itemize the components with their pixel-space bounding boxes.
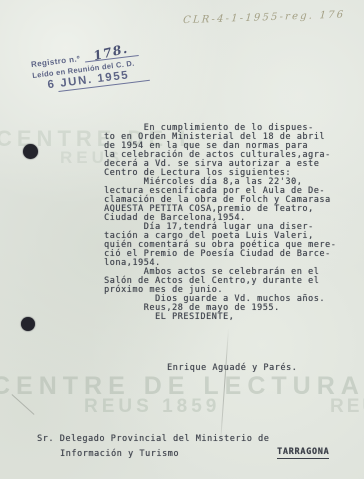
scanned-letter-page: CENTRE DE L REUS CENTRE DE LECTURA CENTR… xyxy=(0,0,364,479)
recipient-address-line1: Sr. Delegado Provincial del Ministerio d… xyxy=(37,434,269,444)
recipient-address-line2: Información y Turismo xyxy=(60,449,179,459)
archive-reference-note: CLR-4-1-1955-reg. 176 xyxy=(183,9,362,26)
letter-body: En cumplimiento de lo dispues- to en Ord… xyxy=(104,124,344,322)
watermark-text: REUS 1859 xyxy=(84,396,220,418)
fold-crease-vertical xyxy=(220,328,229,444)
city-label: TARRAGONA xyxy=(277,447,329,459)
punch-hole-top xyxy=(23,144,38,159)
registry-number: 178. xyxy=(92,44,129,62)
punch-hole-bottom xyxy=(21,317,35,331)
watermark-text: CENTRE DE LECTURA CENTRE I xyxy=(0,372,364,401)
watermark-text: REU xyxy=(330,396,364,418)
body-line: EL PRESIDENTE, xyxy=(104,313,344,322)
signature-name: Enrique Aguadé y Parés. xyxy=(167,363,297,373)
fold-crease-diagonal xyxy=(12,394,35,415)
registry-stamp: Registro n.º 178. Leído en Reunión del C… xyxy=(30,43,150,95)
